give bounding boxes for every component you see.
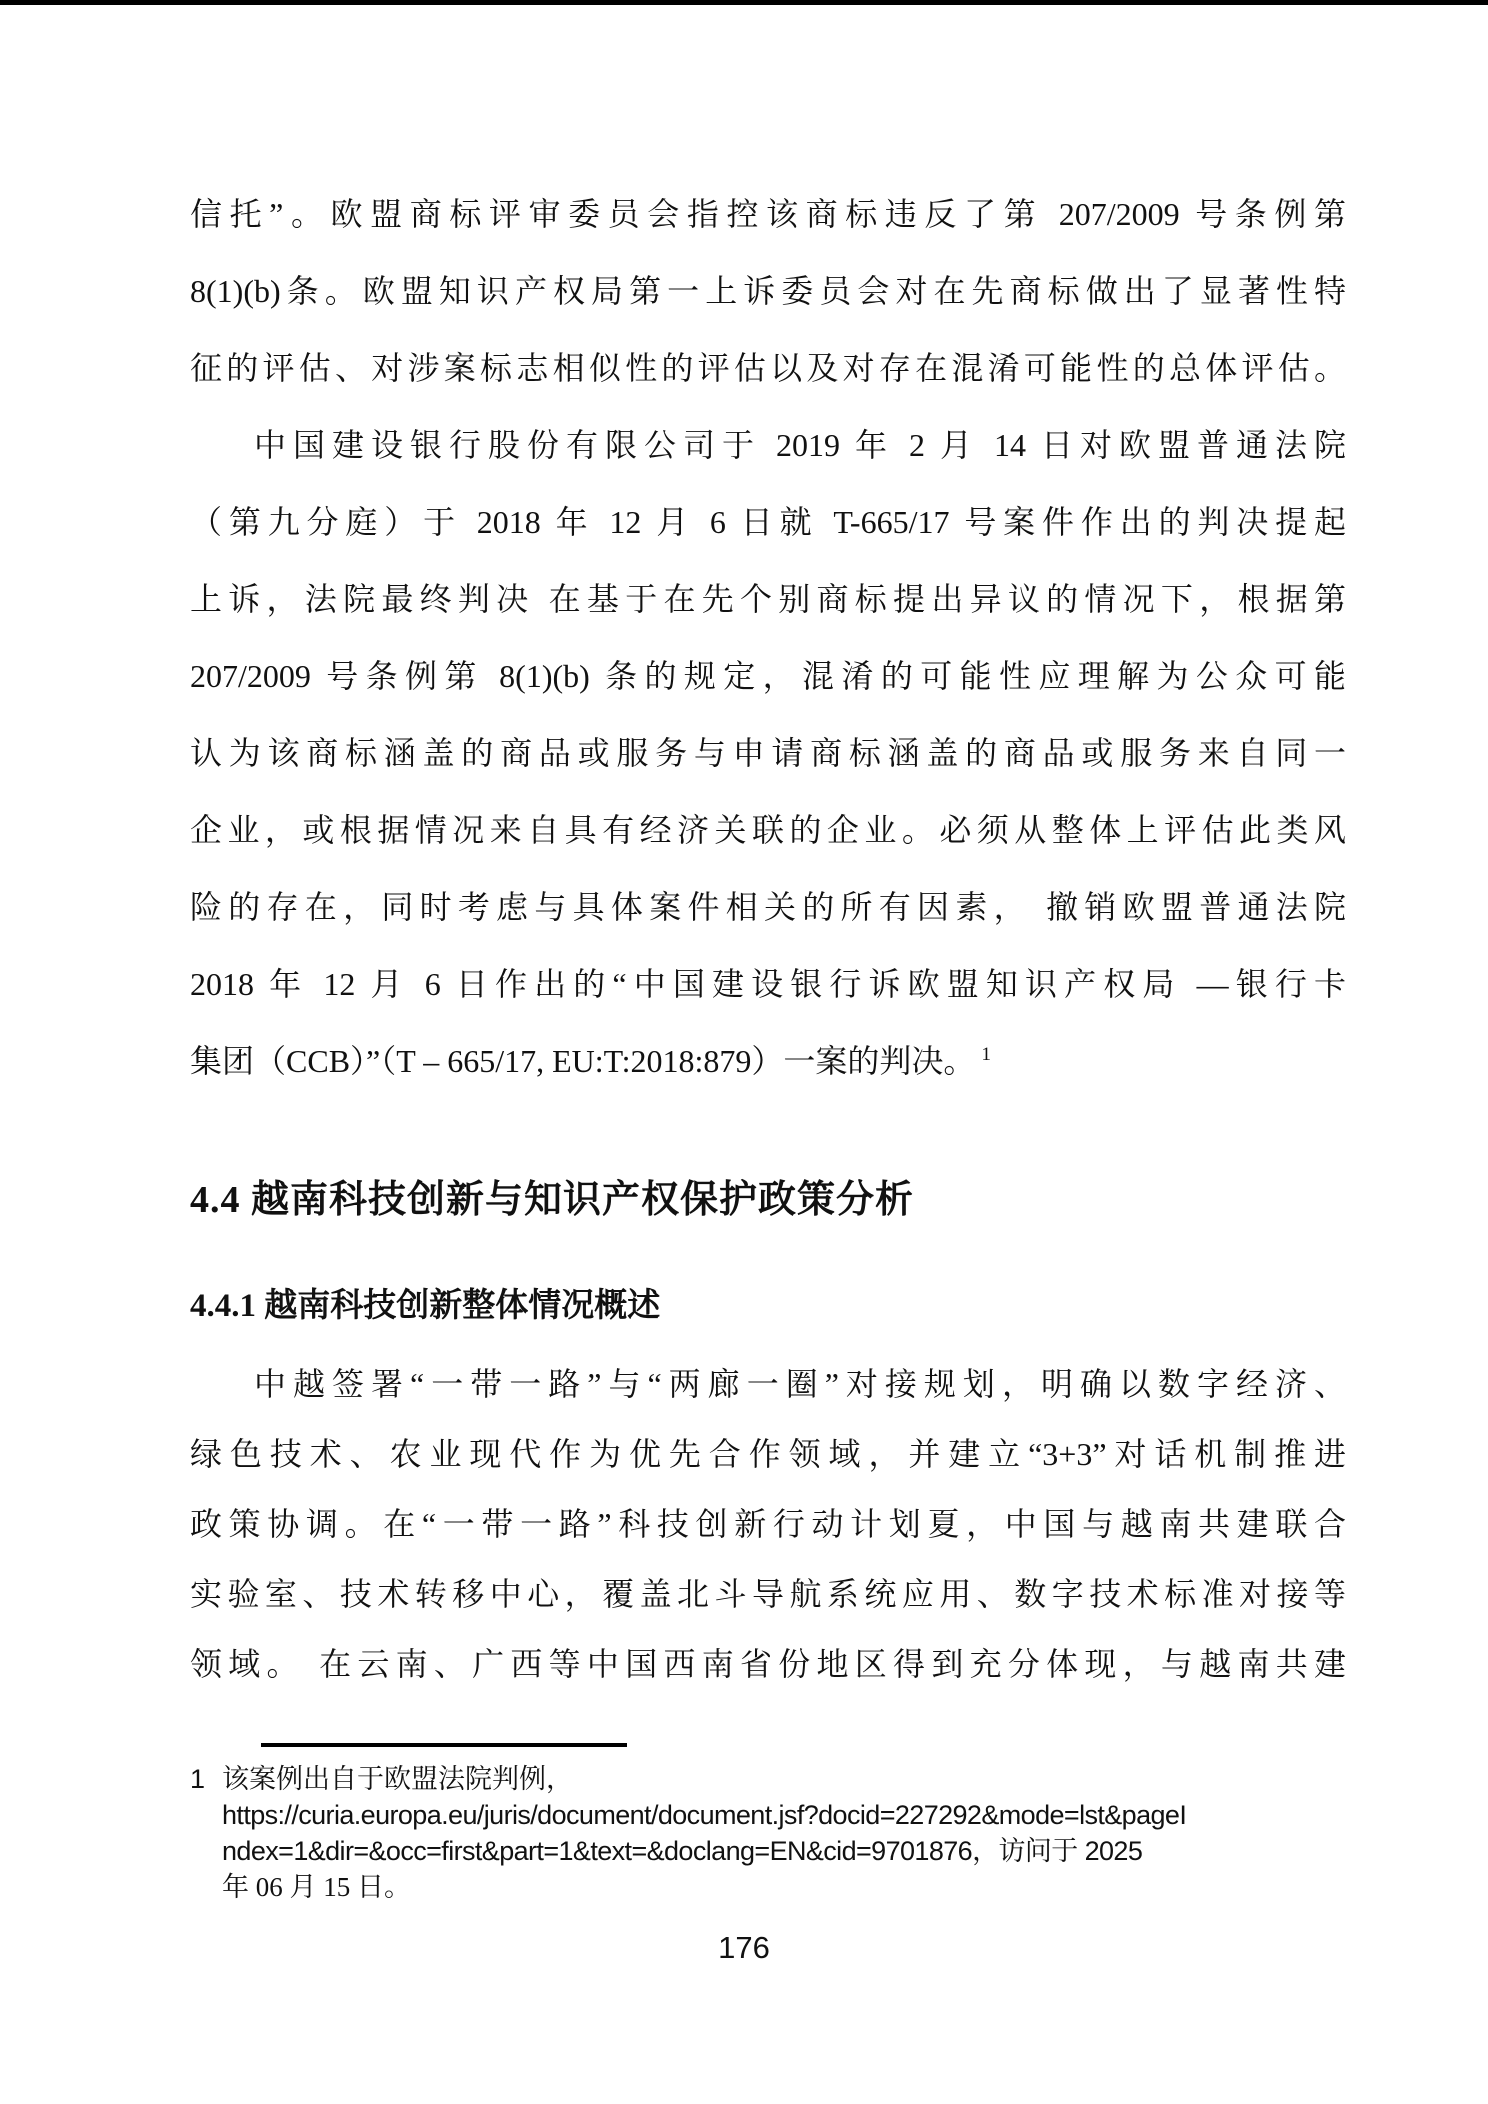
- paragraph-ccb-appeal-last-line: 集团（CCB）”（T – 665/17, EU:T:2018:879）一案的判决…: [190, 1023, 1346, 1100]
- section-heading-4-4: 4.4 越南科技创新与知识产权保护政策分析: [190, 1172, 1346, 1228]
- document-page: 信托”。欧盟商标评审委员会指控该商标违反了第 207/2009 号条例第8(1)…: [0, 0, 1488, 2104]
- text-line: 企业，或根据情况来自具有经济关联的企业。必须从整体上评估此类风: [190, 792, 1346, 869]
- text-line: 207/2009 号条例第 8(1)(b) 条的规定，混淆的可能性应理解为公众可…: [190, 638, 1346, 715]
- text-line: 绿色技术、农业现代作为优先合作领域，并建立“3+3”对话机制推进: [190, 1419, 1346, 1489]
- text-line: 8(1)(b)条。欧盟知识产权局第一上诉委员会对在先商标做出了显著性特: [190, 253, 1346, 330]
- footnote-number: 1: [190, 1761, 222, 1797]
- footnote-reference-superscript: 1: [981, 1044, 991, 1065]
- footnote-block: 1该案例出自于欧盟法院判例， https://curia.europa.eu/j…: [190, 1761, 1346, 1905]
- text-line: 领域。 在云南、广西等中国西南省份地区得到充分体现，与越南共建: [190, 1629, 1346, 1699]
- text-line: 中国建设银行股份有限公司于 2019 年 2 月 14 日对欧盟普通法院: [190, 407, 1346, 484]
- paragraph-ccb-appeal-judgment: 中国建设银行股份有限公司于 2019 年 2 月 14 日对欧盟普通法院（第九分…: [190, 407, 1346, 1023]
- text-line: 上诉，法院最终判决 在基于在先个别商标提出异议的情况下，根据第: [190, 561, 1346, 638]
- text-line: 2018 年 12 月 6 日作出的“中国建设银行诉欧盟知识产权局 —银行卡: [190, 946, 1346, 1023]
- footnote-url-line-2: ndex=1&dir=&occ=first&part=1&text=&docla…: [190, 1833, 1346, 1869]
- footnote-access-date: 年 06 月 15 日。: [190, 1869, 1346, 1905]
- footnote-line: 1该案例出自于欧盟法院判例，: [190, 1761, 1346, 1797]
- text-line: 征的评估、对涉案标志相似性的评估以及对存在混淆可能性的总体评估。: [190, 330, 1346, 407]
- text-line: 险的存在，同时考虑与具体案件相关的所有因素， 撤销欧盟普通法院: [190, 869, 1346, 946]
- paragraph-trademark-board-ruling: 信托”。欧盟商标评审委员会指控该商标违反了第 207/2009 号条例第8(1)…: [190, 176, 1346, 407]
- text-line: 实验室、技术转移中心，覆盖北斗导航系统应用、数字技术标准对接等: [190, 1559, 1346, 1629]
- paragraph-vietnam-innovation-overview: 中越签署“一带一路”与“两廊一圈”对接规划，明确以数字经济、绿色技术、农业现代作…: [190, 1349, 1346, 1699]
- page-top-border: [0, 0, 1488, 5]
- footnote-url-line-1: https://curia.europa.eu/juris/document/d…: [190, 1797, 1346, 1833]
- text-line: 集团（CCB）”（T – 665/17, EU:T:2018:879）一案的判决…: [190, 1023, 1346, 1100]
- footnote-separator-rule: [261, 1743, 627, 1747]
- footnote-source-text: 该案例出自于欧盟法院判例，: [222, 1764, 573, 1794]
- text-line: 信托”。欧盟商标评审委员会指控该商标违反了第 207/2009 号条例第: [190, 176, 1346, 253]
- page-number: 176: [0, 1930, 1488, 1966]
- case-citation-text: 集团（CCB）”（T – 665/17, EU:T:2018:879）一案的判决…: [190, 1043, 975, 1079]
- text-block: 信托”。欧盟商标评审委员会指控该商标违反了第 207/2009 号条例第8(1)…: [190, 176, 1346, 1905]
- text-line: （第九分庭）于 2018 年 12 月 6 日就 T-665/17 号案件作出的…: [190, 484, 1346, 561]
- text-line: 政策协调。在“一带一路”科技创新行动计划夏，中国与越南共建联合: [190, 1489, 1346, 1559]
- subsection-heading-4-4-1: 4.4.1 越南科技创新整体情况概述: [190, 1284, 1346, 1328]
- text-line: 认为该商标涵盖的商品或服务与申请商标涵盖的商品或服务来自同一: [190, 715, 1346, 792]
- text-line: 中越签署“一带一路”与“两廊一圈”对接规划，明确以数字经济、: [190, 1349, 1346, 1419]
